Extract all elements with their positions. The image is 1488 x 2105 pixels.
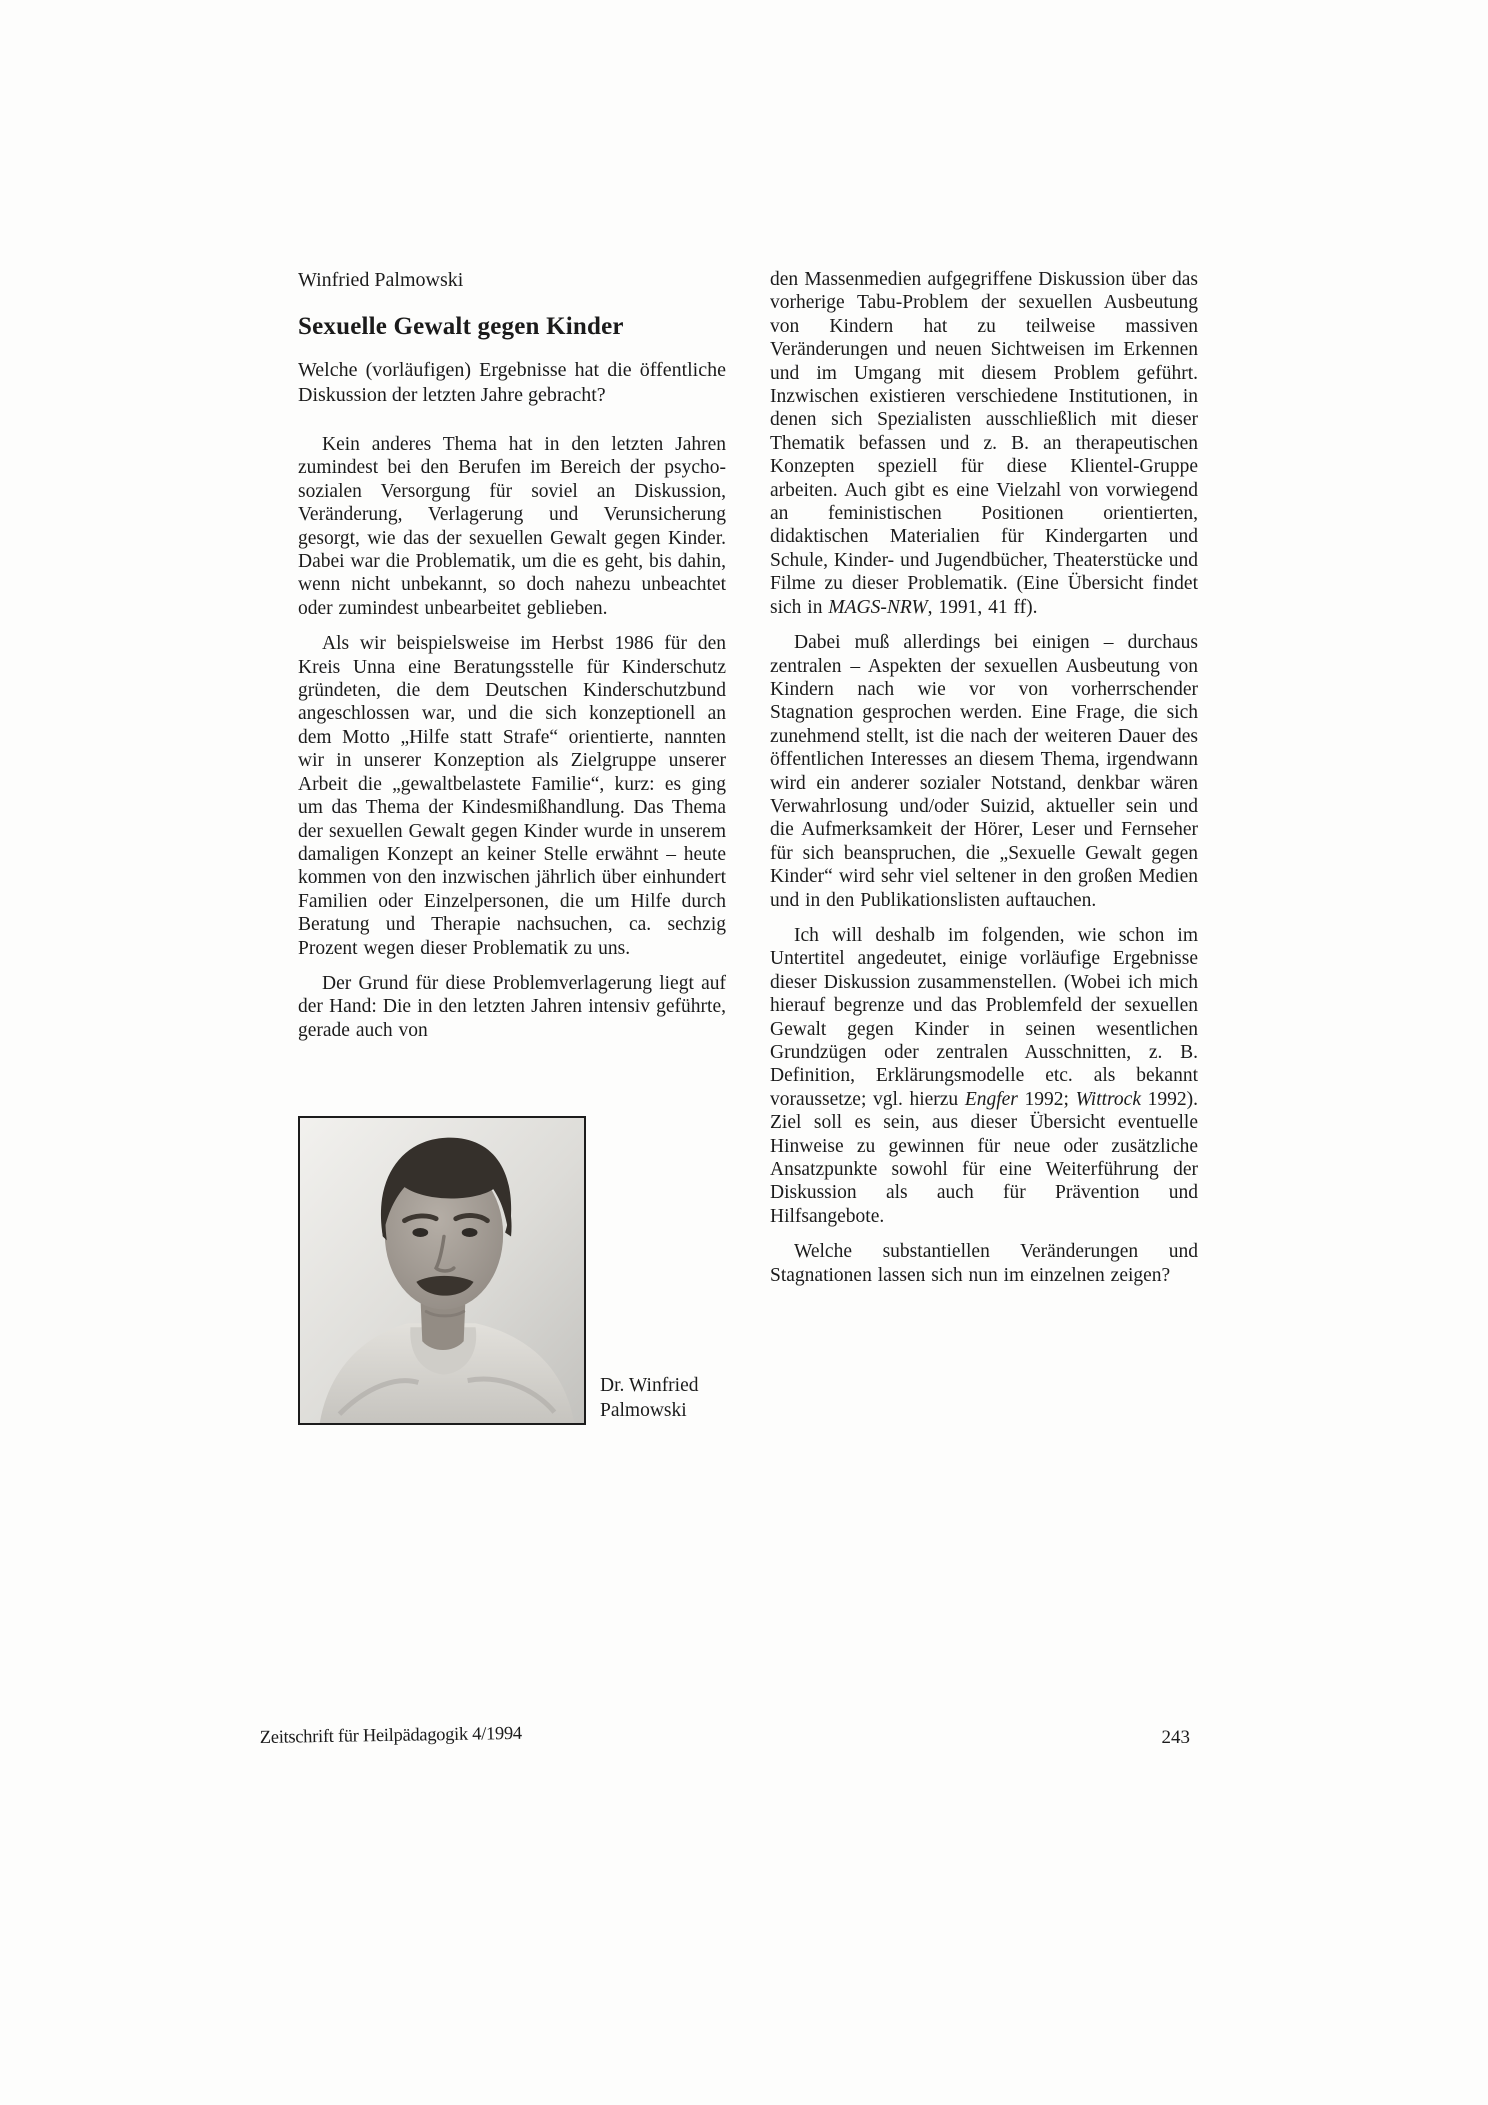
paragraph: den Massenmedien aufgegriffene Diskussio…	[770, 268, 1198, 619]
page-footer: Zeitschrift für Heilpädagogik 4/1994 243	[260, 1727, 1190, 1749]
article-body: Winfried Palmowski Sexuelle Gewalt gegen…	[298, 268, 1198, 1425]
right-column-text: den Massenmedien aufgegriffene Diskussio…	[770, 268, 1198, 1287]
article-subtitle: Welche (vorläufigen) Ergebnisse hat die …	[298, 358, 726, 407]
journal-page: Winfried Palmowski Sexuelle Gewalt gegen…	[0, 0, 1488, 2105]
paragraph: Kein anderes Thema hat in den letzten Ja…	[298, 433, 726, 620]
left-column-text: Kein anderes Thema hat in den letzten Ja…	[298, 433, 726, 1042]
right-column: den Massenmedien aufgegriffene Diskussio…	[770, 268, 1198, 1425]
journal-name: Zeitschrift für Heilpädagogik 4/1994	[260, 1724, 522, 1749]
left-column: Winfried Palmowski Sexuelle Gewalt gegen…	[298, 268, 726, 1425]
portrait-photo-graphic	[300, 1118, 584, 1423]
photo-caption-line2: Palmowski	[600, 1399, 699, 1424]
portrait-photo	[298, 1116, 586, 1425]
photo-block: Dr. Winfried Palmowski	[298, 1116, 726, 1425]
photo-caption-line1: Dr. Winfried	[600, 1374, 699, 1399]
article-title: Sexuelle Gewalt gegen Kinder	[298, 312, 726, 341]
page-number: 243	[1162, 1727, 1191, 1749]
paragraph: Dabei muß allerdings bei einigen – durch…	[770, 631, 1198, 912]
paragraph: Als wir beispielsweise im Herbst 1986 fü…	[298, 632, 726, 960]
author-name: Winfried Palmowski	[298, 268, 726, 292]
paragraph: Der Grund für diese Problemverlagerung l…	[298, 972, 726, 1042]
photo-caption: Dr. Winfried Palmowski	[600, 1374, 699, 1425]
paragraph: Ich will deshalb im folgenden, wie schon…	[770, 924, 1198, 1228]
paragraph: Welche substantiellen Veränderungen und …	[770, 1240, 1198, 1287]
